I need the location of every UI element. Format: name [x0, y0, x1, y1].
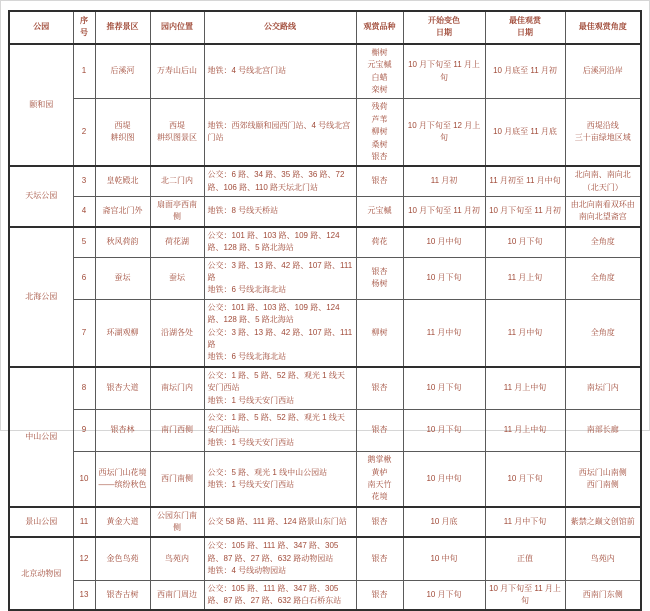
table-row: 颐和园 1 后溪河 万寿山后山 地铁：4 号线北宫门站 槲树 元宝槭 白蜡 栾树…: [9, 44, 641, 99]
park-name-cell: 景山公园: [9, 507, 73, 538]
cell-scenic: 秋风荷韵: [95, 227, 150, 257]
cell-scenic: 黄金大道: [95, 507, 150, 538]
cell-transit: 地铁：西郊线颐和园西门站、4 号线北宫门站: [204, 99, 356, 166]
cell-start-date: 10 中旬: [403, 537, 485, 580]
cell-no: 1: [73, 44, 95, 99]
cell-scenic: 西堤 耕织图: [95, 99, 150, 166]
cell-best-date: 11 月上中旬: [485, 367, 565, 410]
cell-start-date: 10 月下旬: [403, 257, 485, 299]
cell-angle: 紫禁之巅文创馆前: [565, 507, 641, 538]
cell-species: 银杏: [356, 166, 403, 196]
cell-no: 7: [73, 299, 95, 366]
cell-start-date: 10 月中旬: [403, 452, 485, 507]
cell-best-date: 10 月下旬至 11 月初: [485, 197, 565, 227]
table-row: 景山公园 11 黄金大道 公园东门南侧 公交 58 路、111 路、124 路景…: [9, 507, 641, 538]
cell-start-date: 10 月下旬: [403, 580, 485, 610]
cell-angle: 后溪河沿岸: [565, 44, 641, 99]
cell-start-date: 10 月下旬: [403, 409, 485, 451]
cell-best-date: 11 月中旬: [485, 299, 565, 366]
table-row: 中山公园 8 银杏大道 南坛门内 公交：1 路、5 路、52 路、观光 1 线天…: [9, 367, 641, 410]
cell-species: 荷花: [356, 227, 403, 257]
cell-angle: 西堤沿线 三十亩绿地区域: [565, 99, 641, 166]
cell-no: 2: [73, 99, 95, 166]
cell-angle: 西坛门山南侧 西门南侧: [565, 452, 641, 507]
cell-best-date: 10 月底至 11 月底: [485, 99, 565, 166]
cell-start-date: 11 月中旬: [403, 299, 485, 366]
cell-species: 银杏: [356, 537, 403, 580]
park-name-cell: 中山公园: [9, 367, 73, 507]
table-row: 4 斋宫北门外 扇面亭西南侧 地铁：8 号线天桥站 元宝槭 10 月下旬至 11…: [9, 197, 641, 227]
cell-species: 鹅掌楸 黄栌 南天竹 花境: [356, 452, 403, 507]
cell-no: 11: [73, 507, 95, 538]
table-row: 6 蚕坛 蚕坛 公交：3 路、13 路、42 路、107 路、111 路 地铁：…: [9, 257, 641, 299]
cell-start-date: 10 月下旬至 12 月上旬: [403, 99, 485, 166]
cell-species: 银杏: [356, 409, 403, 451]
cell-no: 13: [73, 580, 95, 610]
cell-transit: 公交：1 路、5 路、52 路、观光 1 线天安门西站 地铁：1 号线天安门西站: [204, 367, 356, 410]
park-name-cell: 天坛公园: [9, 166, 73, 227]
table-row: 北京动物园 12 金色鸟苑 鸟苑内 公交：105 路、111 路、347 路、3…: [9, 537, 641, 580]
cell-location: 万寿山后山: [150, 44, 204, 99]
cell-best-date: 11 月中下旬: [485, 507, 565, 538]
cell-no: 6: [73, 257, 95, 299]
cell-angle: 北向南、南向北（北天门）: [565, 166, 641, 196]
cell-transit: 公交：3 路、13 路、42 路、107 路、111 路 地铁：6 号线北海北站: [204, 257, 356, 299]
document-page: 公园 序 号 推荐景区 园内位置 公交路线 观赏品种 开始变色 日期 最佳观赏 …: [0, 0, 650, 431]
cell-transit: 公交：105 路、111 路、347 路、305 路、87 路、27 路、632…: [204, 537, 356, 580]
cell-best-date: 10 月底至 11 月初: [485, 44, 565, 99]
cell-location: 荷花湖: [150, 227, 204, 257]
cell-transit: 公交：6 路、34 路、35 路、36 路、72 路、106 路、110 路天坛…: [204, 166, 356, 196]
table-row: 9 银杏林 南门西侧 公交：1 路、5 路、52 路、观光 1 线天安门西站 地…: [9, 409, 641, 451]
cell-scenic: 银杏大道: [95, 367, 150, 410]
cell-angle: 全角度: [565, 227, 641, 257]
cell-angle: 南部长廊: [565, 409, 641, 451]
table-row: 北海公园 5 秋风荷韵 荷花湖 公交：101 路、103 路、109 路、124…: [9, 227, 641, 257]
cell-location: 扇面亭西南侧: [150, 197, 204, 227]
cell-best-date: 11 月上旬: [485, 257, 565, 299]
cell-transit: 公交：5 路、观光 1 线中山公园站 地铁：1 号线天安门西站: [204, 452, 356, 507]
cell-no: 9: [73, 409, 95, 451]
foliage-viewing-table: 公园 序 号 推荐景区 园内位置 公交路线 观赏品种 开始变色 日期 最佳观赏 …: [8, 10, 642, 611]
cell-no: 12: [73, 537, 95, 580]
cell-angle: 西南门东侧: [565, 580, 641, 610]
table-row: 2 西堤 耕织图 西堤 耕织图景区 地铁：西郊线颐和园西门站、4 号线北宫门站 …: [9, 99, 641, 166]
cell-transit: 公交：101 路、103 路、109 路、124 路、128 路、5 路北海站 …: [204, 299, 356, 366]
cell-location: 鸟苑内: [150, 537, 204, 580]
cell-best-date: 10 月下旬: [485, 227, 565, 257]
cell-angle: 全角度: [565, 257, 641, 299]
cell-no: 8: [73, 367, 95, 410]
cell-transit: 公交：101 路、103 路、109 路、124 路、128 路、5 路北海站: [204, 227, 356, 257]
cell-location: 南坛门内: [150, 367, 204, 410]
cell-no: 3: [73, 166, 95, 196]
cell-location: 西堤 耕织图景区: [150, 99, 204, 166]
cell-no: 5: [73, 227, 95, 257]
cell-location: 公园东门南侧: [150, 507, 204, 538]
col-header-transit: 公交路线: [204, 11, 356, 44]
cell-angle: 鸟苑内: [565, 537, 641, 580]
cell-transit: 公交 58 路、111 路、124 路景山东门站: [204, 507, 356, 538]
cell-transit: 公交：105 路、111 路、347 路、305 路、87 路、27 路、632…: [204, 580, 356, 610]
cell-location: 南门西侧: [150, 409, 204, 451]
cell-angle: 全角度: [565, 299, 641, 366]
park-name-cell: 颐和园: [9, 44, 73, 167]
col-header-species: 观赏品种: [356, 11, 403, 44]
cell-location: 沿湖各处: [150, 299, 204, 366]
header-row: 公园 序 号 推荐景区 园内位置 公交路线 观赏品种 开始变色 日期 最佳观赏 …: [9, 11, 641, 44]
cell-species: 槲树 元宝槭 白蜡 栾树: [356, 44, 403, 99]
cell-no: 10: [73, 452, 95, 507]
cell-scenic: 西坛门山花境——缤纷秋色: [95, 452, 150, 507]
cell-start-date: 10 月底: [403, 507, 485, 538]
cell-scenic: 蚕坛: [95, 257, 150, 299]
cell-start-date: 11 月初: [403, 166, 485, 196]
cell-no: 4: [73, 197, 95, 227]
cell-angle: 由北向南看双环由南向北望斋宫: [565, 197, 641, 227]
cell-best-date: 10 月下旬: [485, 452, 565, 507]
cell-start-date: 10 月中旬: [403, 227, 485, 257]
cell-scenic: 银杏古树: [95, 580, 150, 610]
cell-scenic: 斋宫北门外: [95, 197, 150, 227]
cell-location: 西南门周边: [150, 580, 204, 610]
cell-location: 西门南侧: [150, 452, 204, 507]
park-name-cell: 北京动物园: [9, 537, 73, 610]
cell-best-date: 正值: [485, 537, 565, 580]
col-header-angle: 最佳观赏角度: [565, 11, 641, 44]
col-header-no: 序 号: [73, 11, 95, 44]
table-row: 天坛公园 3 皇乾殿北 北二门内 公交：6 路、34 路、35 路、36 路、7…: [9, 166, 641, 196]
cell-transit: 地铁：4 号线北宫门站: [204, 44, 356, 99]
cell-angle: 南坛门内: [565, 367, 641, 410]
col-header-start-date: 开始变色 日期: [403, 11, 485, 44]
cell-scenic: 后溪河: [95, 44, 150, 99]
cell-start-date: 10 月下旬至 11 月上旬: [403, 44, 485, 99]
park-name-cell: 北海公园: [9, 227, 73, 367]
cell-location: 北二门内: [150, 166, 204, 196]
cell-species: 银杏: [356, 507, 403, 538]
table-row: 13 银杏古树 西南门周边 公交：105 路、111 路、347 路、305 路…: [9, 580, 641, 610]
col-header-park: 公园: [9, 11, 73, 44]
cell-species: 银杏: [356, 367, 403, 410]
table-row: 7 环湖观柳 沿湖各处 公交：101 路、103 路、109 路、124 路、1…: [9, 299, 641, 366]
cell-transit: 公交：1 路、5 路、52 路、观光 1 线天安门西站 地铁：1 号线天安门西站: [204, 409, 356, 451]
cell-transit: 地铁：8 号线天桥站: [204, 197, 356, 227]
cell-start-date: 10 月下旬: [403, 367, 485, 410]
cell-start-date: 10 月下旬至 11 月初: [403, 197, 485, 227]
cell-best-date: 11 月上中旬: [485, 409, 565, 451]
col-header-location: 园内位置: [150, 11, 204, 44]
cell-scenic: 环湖观柳: [95, 299, 150, 366]
cell-species: 柳树: [356, 299, 403, 366]
cell-scenic: 银杏林: [95, 409, 150, 451]
cell-scenic: 金色鸟苑: [95, 537, 150, 580]
cell-location: 蚕坛: [150, 257, 204, 299]
col-header-scenic: 推荐景区: [95, 11, 150, 44]
cell-species: 银杏: [356, 580, 403, 610]
table-row: 10 西坛门山花境——缤纷秋色 西门南侧 公交：5 路、观光 1 线中山公园站 …: [9, 452, 641, 507]
cell-species: 残荷 芦苇 柳树 桑树 银杏: [356, 99, 403, 166]
cell-species: 元宝槭: [356, 197, 403, 227]
cell-species: 银杏 杨树: [356, 257, 403, 299]
cell-best-date: 11 月初至 11 月中旬: [485, 166, 565, 196]
cell-best-date: 10 月下旬至 11 月上旬: [485, 580, 565, 610]
col-header-best-date: 最佳观赏 日期: [485, 11, 565, 44]
cell-scenic: 皇乾殿北: [95, 166, 150, 196]
